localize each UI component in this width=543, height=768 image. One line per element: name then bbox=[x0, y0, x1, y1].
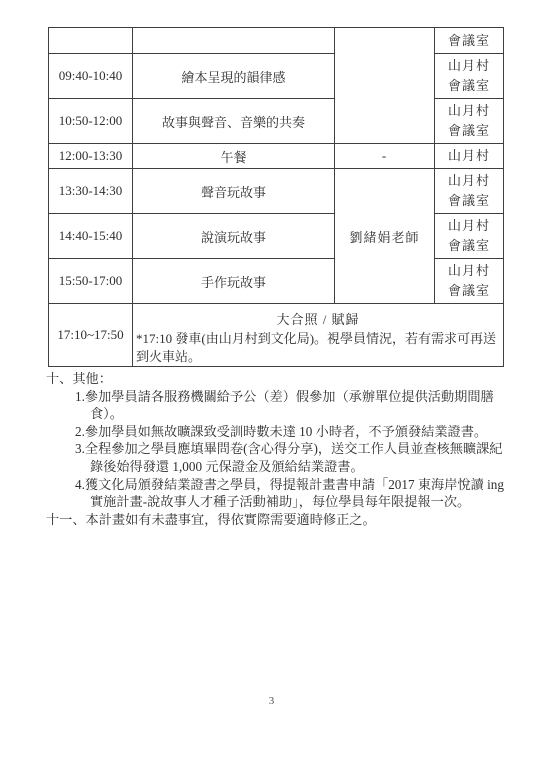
activity-cell: 手作玩故事 bbox=[133, 259, 335, 304]
time-cell: 13:30-14:30 bbox=[49, 169, 133, 214]
time-cell: 14:40-15:40 bbox=[49, 214, 133, 259]
time-cell: 10:50-12:00 bbox=[49, 99, 133, 144]
location-line: 山月村 bbox=[435, 261, 503, 281]
time-cell: 09:40-10:40 bbox=[49, 54, 133, 99]
table-row: 10:50-12:00 故事與聲音、音樂的共奏 山月村 會議室 bbox=[49, 99, 504, 144]
schedule-table: 會議室 09:40-10:40 繪本呈現的韻律感 山月村 會議室 10:50-1… bbox=[48, 27, 504, 367]
note-item-text: 參加學員請各服務機關給予公（差）假參加（承辦單位提供活動期間膳食）。 bbox=[85, 389, 494, 422]
table-row: 09:40-10:40 繪本呈現的韻律感 山月村 會議室 bbox=[49, 54, 504, 99]
table-row: 會議室 bbox=[49, 28, 504, 54]
location-line: 會議室 bbox=[435, 281, 503, 301]
notes-section: 十、其他： 1.參加學員請各服務機關給予公（差）假參加（承辦單位提供活動期間膳食… bbox=[46, 370, 506, 528]
location-line: 山月村 bbox=[435, 171, 503, 191]
time-cell: 17:10~17:50 bbox=[49, 304, 133, 367]
final-activity-cell: 大合照 / 賦歸 *17:10 發車(由山月村到文化局)。視學員情況，若有需求可… bbox=[133, 304, 504, 367]
activity-cell bbox=[133, 28, 335, 54]
location-line: 會議室 bbox=[435, 31, 503, 51]
note-item-number: 2. bbox=[75, 424, 85, 439]
activity-cell: 午餐 bbox=[133, 144, 335, 169]
location-line: 會議室 bbox=[435, 191, 503, 211]
location-line: 山月村 bbox=[435, 101, 503, 121]
location-line: 山月村 bbox=[435, 216, 503, 236]
activity-cell: 聲音玩故事 bbox=[133, 169, 335, 214]
table-row: 12:00-13:30 午餐 - 山月村 bbox=[49, 144, 504, 169]
note-item: 3.全程參加之學員應填畢問卷(含心得分享)，送交工作人員並查核無曠課紀錄後始得發… bbox=[46, 440, 506, 475]
location-cell: 山月村 會議室 bbox=[435, 99, 504, 144]
location-line: 會議室 bbox=[435, 76, 503, 96]
notes-heading: 十、其他： bbox=[46, 370, 506, 388]
note-item: 4.獲文化局頒發結業證書之學員，得提報計畫書申請「2017 東海岸悅讀 ing … bbox=[46, 476, 506, 511]
location-cell: 山月村 會議室 bbox=[435, 259, 504, 304]
location-line: 會議室 bbox=[435, 121, 503, 141]
activity-cell: 繪本呈現的韻律感 bbox=[133, 54, 335, 99]
table-row-final: 17:10~17:50 大合照 / 賦歸 *17:10 發車(由山月村到文化局)… bbox=[49, 304, 504, 367]
time-cell: 15:50-17:00 bbox=[49, 259, 133, 304]
note-item-text: 參加學員如無故曠課致受訓時數未達 10 小時者，不予頒發結業證書。 bbox=[85, 424, 487, 439]
activity-cell: 故事與聲音、音樂的共奏 bbox=[133, 99, 335, 144]
location-cell: 山月村 bbox=[435, 144, 504, 169]
table-row: 15:50-17:00 手作玩故事 山月村 會議室 bbox=[49, 259, 504, 304]
activity-cell: 說演玩故事 bbox=[133, 214, 335, 259]
location-cell: 山月村 會議室 bbox=[435, 54, 504, 99]
note-item: 1.參加學員請各服務機關給予公（差）假參加（承辦單位提供活動期間膳食）。 bbox=[46, 388, 506, 423]
final-row-title: 大合照 / 賦歸 bbox=[133, 305, 503, 329]
document-page: 會議室 09:40-10:40 繪本呈現的韻律感 山月村 會議室 10:50-1… bbox=[0, 0, 543, 768]
table-row: 14:40-15:40 說演玩故事 山月村 會議室 bbox=[49, 214, 504, 259]
notes-closing: 十一、本計畫如有未盡事宜，得依實際需要適時修正之。 bbox=[46, 511, 506, 529]
note-item-number: 1. bbox=[75, 389, 85, 404]
note-item-number: 3. bbox=[75, 441, 85, 456]
instructor-cell bbox=[335, 28, 435, 144]
location-cell: 山月村 會議室 bbox=[435, 214, 504, 259]
location-line: 會議室 bbox=[435, 236, 503, 256]
note-item-text: 全程參加之學員應填畢問卷(含心得分享)，送交工作人員並查核無曠課紀錄後始得發還 … bbox=[85, 441, 503, 474]
note-item: 2.參加學員如無故曠課致受訓時數未達 10 小時者，不予頒發結業證書。 bbox=[46, 423, 506, 441]
time-cell bbox=[49, 28, 133, 54]
location-cell: 山月村 會議室 bbox=[435, 169, 504, 214]
note-item-number: 4. bbox=[75, 477, 85, 492]
page-number: 3 bbox=[0, 695, 543, 707]
instructor-cell: - bbox=[335, 144, 435, 169]
location-line: 山月村 bbox=[435, 146, 503, 166]
time-cell: 12:00-13:30 bbox=[49, 144, 133, 169]
final-row-note: *17:10 發車(由山月村到文化局)。視學員情況，若有需求可再送到火車站。 bbox=[133, 329, 503, 365]
table-row: 13:30-14:30 聲音玩故事 劉緒娟老師 山月村 會議室 bbox=[49, 169, 504, 214]
instructor-cell: 劉緒娟老師 bbox=[335, 169, 435, 304]
note-item-text: 獲文化局頒發結業證書之學員，得提報計畫書申請「2017 東海岸悅讀 ing 實施… bbox=[85, 477, 504, 510]
location-cell: 會議室 bbox=[435, 28, 504, 54]
location-line: 山月村 bbox=[435, 56, 503, 76]
